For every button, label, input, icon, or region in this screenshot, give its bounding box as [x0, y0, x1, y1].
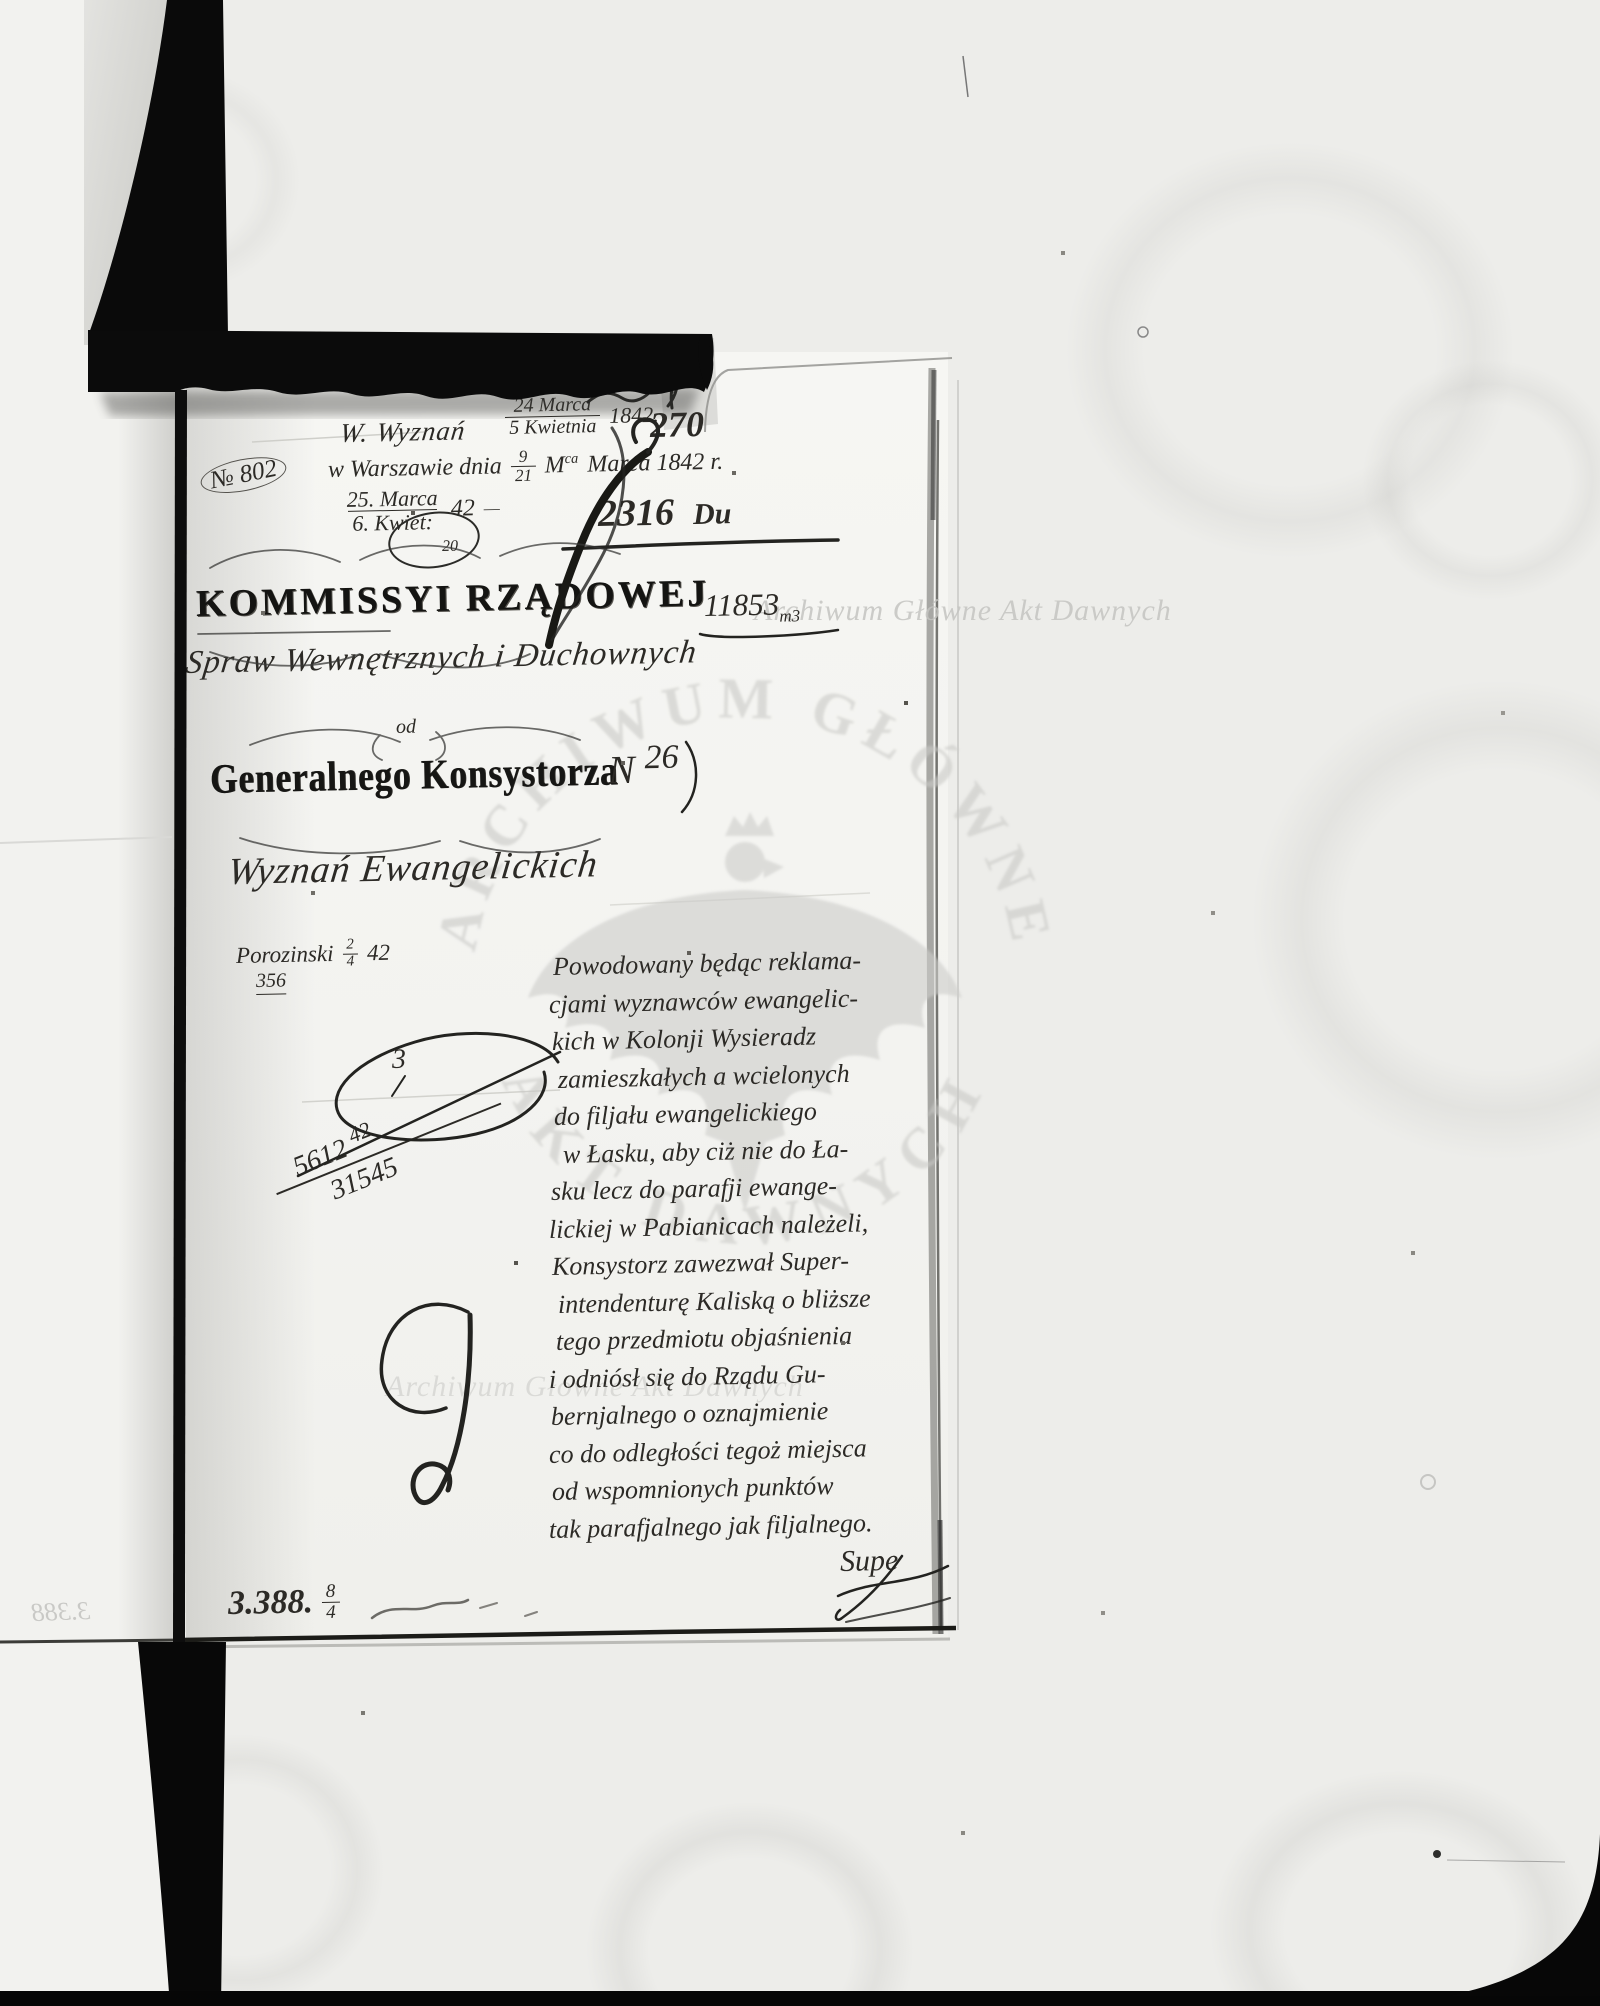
film-bottom-strip [0, 1991, 1600, 2006]
gutter-wedge-top [88, 0, 228, 336]
film-corner-bottom-right [1448, 1834, 1600, 1996]
film-black-shapes [0, 0, 1600, 2006]
dark-dot-mark [1433, 1850, 1441, 1858]
dust-specks [0, 0, 2, 2]
hairline-mark [1447, 1860, 1565, 1862]
faint-ring-mark [1421, 1475, 1435, 1489]
gutter-band-bottom [138, 1642, 226, 2006]
gutter-line [173, 390, 187, 1642]
small-ring-mark [1138, 327, 1148, 337]
torn-top-band [88, 330, 714, 400]
scratch-mark [963, 56, 968, 97]
document-scan: 3.388 ARCHIWUM GŁÓWNE AKT DAWN [0, 0, 1600, 2006]
